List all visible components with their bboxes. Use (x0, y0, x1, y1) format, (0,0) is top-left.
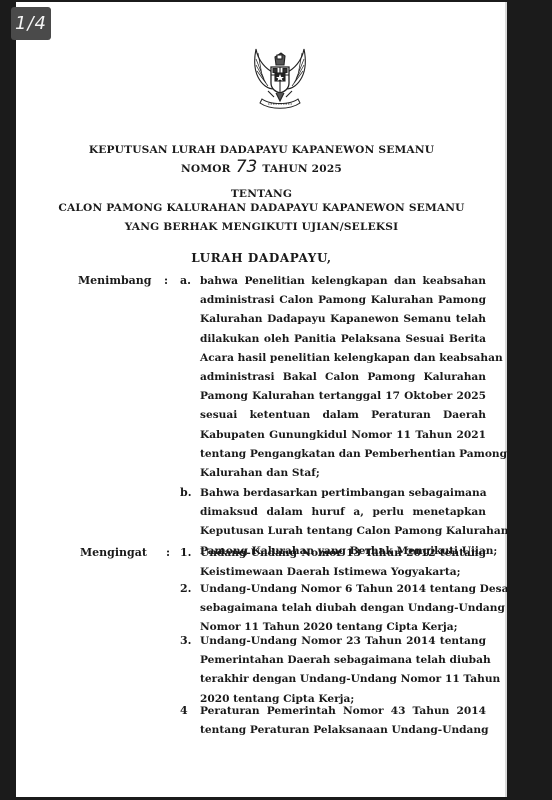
document-page[interactable]: KEPUTUSAN LURAH DADAPAYU KAPANEWON SEMAN… (16, 2, 507, 797)
mengingat-item-2: Undang-Undang Nomor 6 Tahun 2014 tentang… (200, 580, 486, 638)
mengingat-item-2-marker: 2. (180, 582, 191, 595)
number-prefix: NOMOR (181, 163, 231, 175)
text-line: administrasi Bakal Calon Pamong Kaluraha… (200, 368, 486, 387)
menimbang-colon: : (164, 274, 168, 287)
mengingat-item-3: Undang-Undang Nomor 23 Tahun 2014 tentan… (200, 632, 486, 709)
text-line: terakhir dengan Undang-Undang Nomor 11 T… (200, 670, 486, 689)
text-line: Kabupaten Gunungkidul Nomor 11 Tahun 202… (200, 426, 486, 445)
decree-title: KEPUTUSAN LURAH DADAPAYU KAPANEWON SEMAN… (16, 144, 507, 156)
subject-line-1: CALON PAMONG KALURAHAN DADAPAYU KAPANEWO… (16, 202, 507, 214)
text-line: Bahwa berdasarkan pertimbangan sebagaima… (200, 484, 486, 503)
text-line: Kalurahan dan Staf; (200, 464, 486, 483)
text-line: Keputusan Lurah tentang Calon Pamong Kal… (200, 522, 486, 541)
text-line: Undang-Undang Nomor 6 Tahun 2014 tentang… (200, 580, 486, 599)
text-line: Kalurahan Dadapayu Kapanewon Semanu tela… (200, 310, 486, 329)
page-indicator: 1/4 (11, 7, 51, 40)
garuda-emblem-icon (244, 43, 316, 115)
text-line: Undang-Undang Nomor 13 Tahun 2012 tentan… (200, 544, 486, 563)
text-line: Peraturan Pemerintah Nomor 43 Tahun 2014 (200, 702, 486, 721)
about-label: TENTANG (16, 188, 507, 200)
menimbang-label: Menimbang (78, 274, 152, 287)
text-line: Acara hasil penelitian kelengkapan dan k… (200, 349, 486, 368)
mengingat-item-4: Peraturan Pemerintah Nomor 43 Tahun 2014… (200, 702, 486, 740)
decree-number-line: NOMOR73TAHUN 2025 (16, 157, 507, 177)
text-line: bahwa Penelitian kelengkapan dan keabsah… (200, 272, 486, 291)
subject-line-2: YANG BERHAK MENGIKUTI UJIAN/SELEKSI (16, 221, 507, 233)
document-viewer: 1/4 (0, 0, 552, 800)
text-line: dilakukan oleh Panitia Pelaksana Sesuai … (200, 330, 486, 349)
text-line: Pemerintahan Daerah sebagaimana telah di… (200, 651, 486, 670)
mengingat-item-4-marker: 4 (180, 704, 188, 717)
menimbang-item-a-marker: a. (180, 274, 191, 287)
text-line: Pamong Kalurahan tertanggal 17 Oktober 2… (200, 387, 486, 406)
text-line: sebagaimana telah diubah dengan Undang-U… (200, 599, 486, 618)
issuer-heading: LURAH DADAPAYU, (16, 251, 507, 265)
mengingat-item-3-marker: 3. (180, 634, 191, 647)
menimbang-item-b-marker: b. (180, 486, 192, 499)
mengingat-item-1: Undang-Undang Nomor 13 Tahun 2012 tentan… (200, 544, 486, 582)
text-line: Undang-Undang Nomor 23 Tahun 2014 tentan… (200, 632, 486, 651)
menimbang-item-a: bahwa Penelitian kelengkapan dan keabsah… (200, 272, 486, 483)
text-line: tentang Peraturan Pelaksanaan Undang-Und… (200, 721, 486, 740)
text-line: sesuai ketentuan dalam Peraturan Daerah (200, 406, 486, 425)
decree-number: 73 (236, 157, 258, 177)
text-line: administrasi Calon Pamong Kalurahan Pamo… (200, 291, 486, 310)
number-year: TAHUN 2025 (262, 163, 342, 175)
mengingat-colon: : (166, 546, 170, 559)
text-line: dimaksud dalam huruf a, perlu menetapkan (200, 503, 486, 522)
mengingat-item-1-marker: 1. (180, 546, 191, 559)
text-line: tentang Pengangkatan dan Pemberhentian P… (200, 445, 486, 464)
mengingat-label: Mengingat (80, 546, 147, 559)
